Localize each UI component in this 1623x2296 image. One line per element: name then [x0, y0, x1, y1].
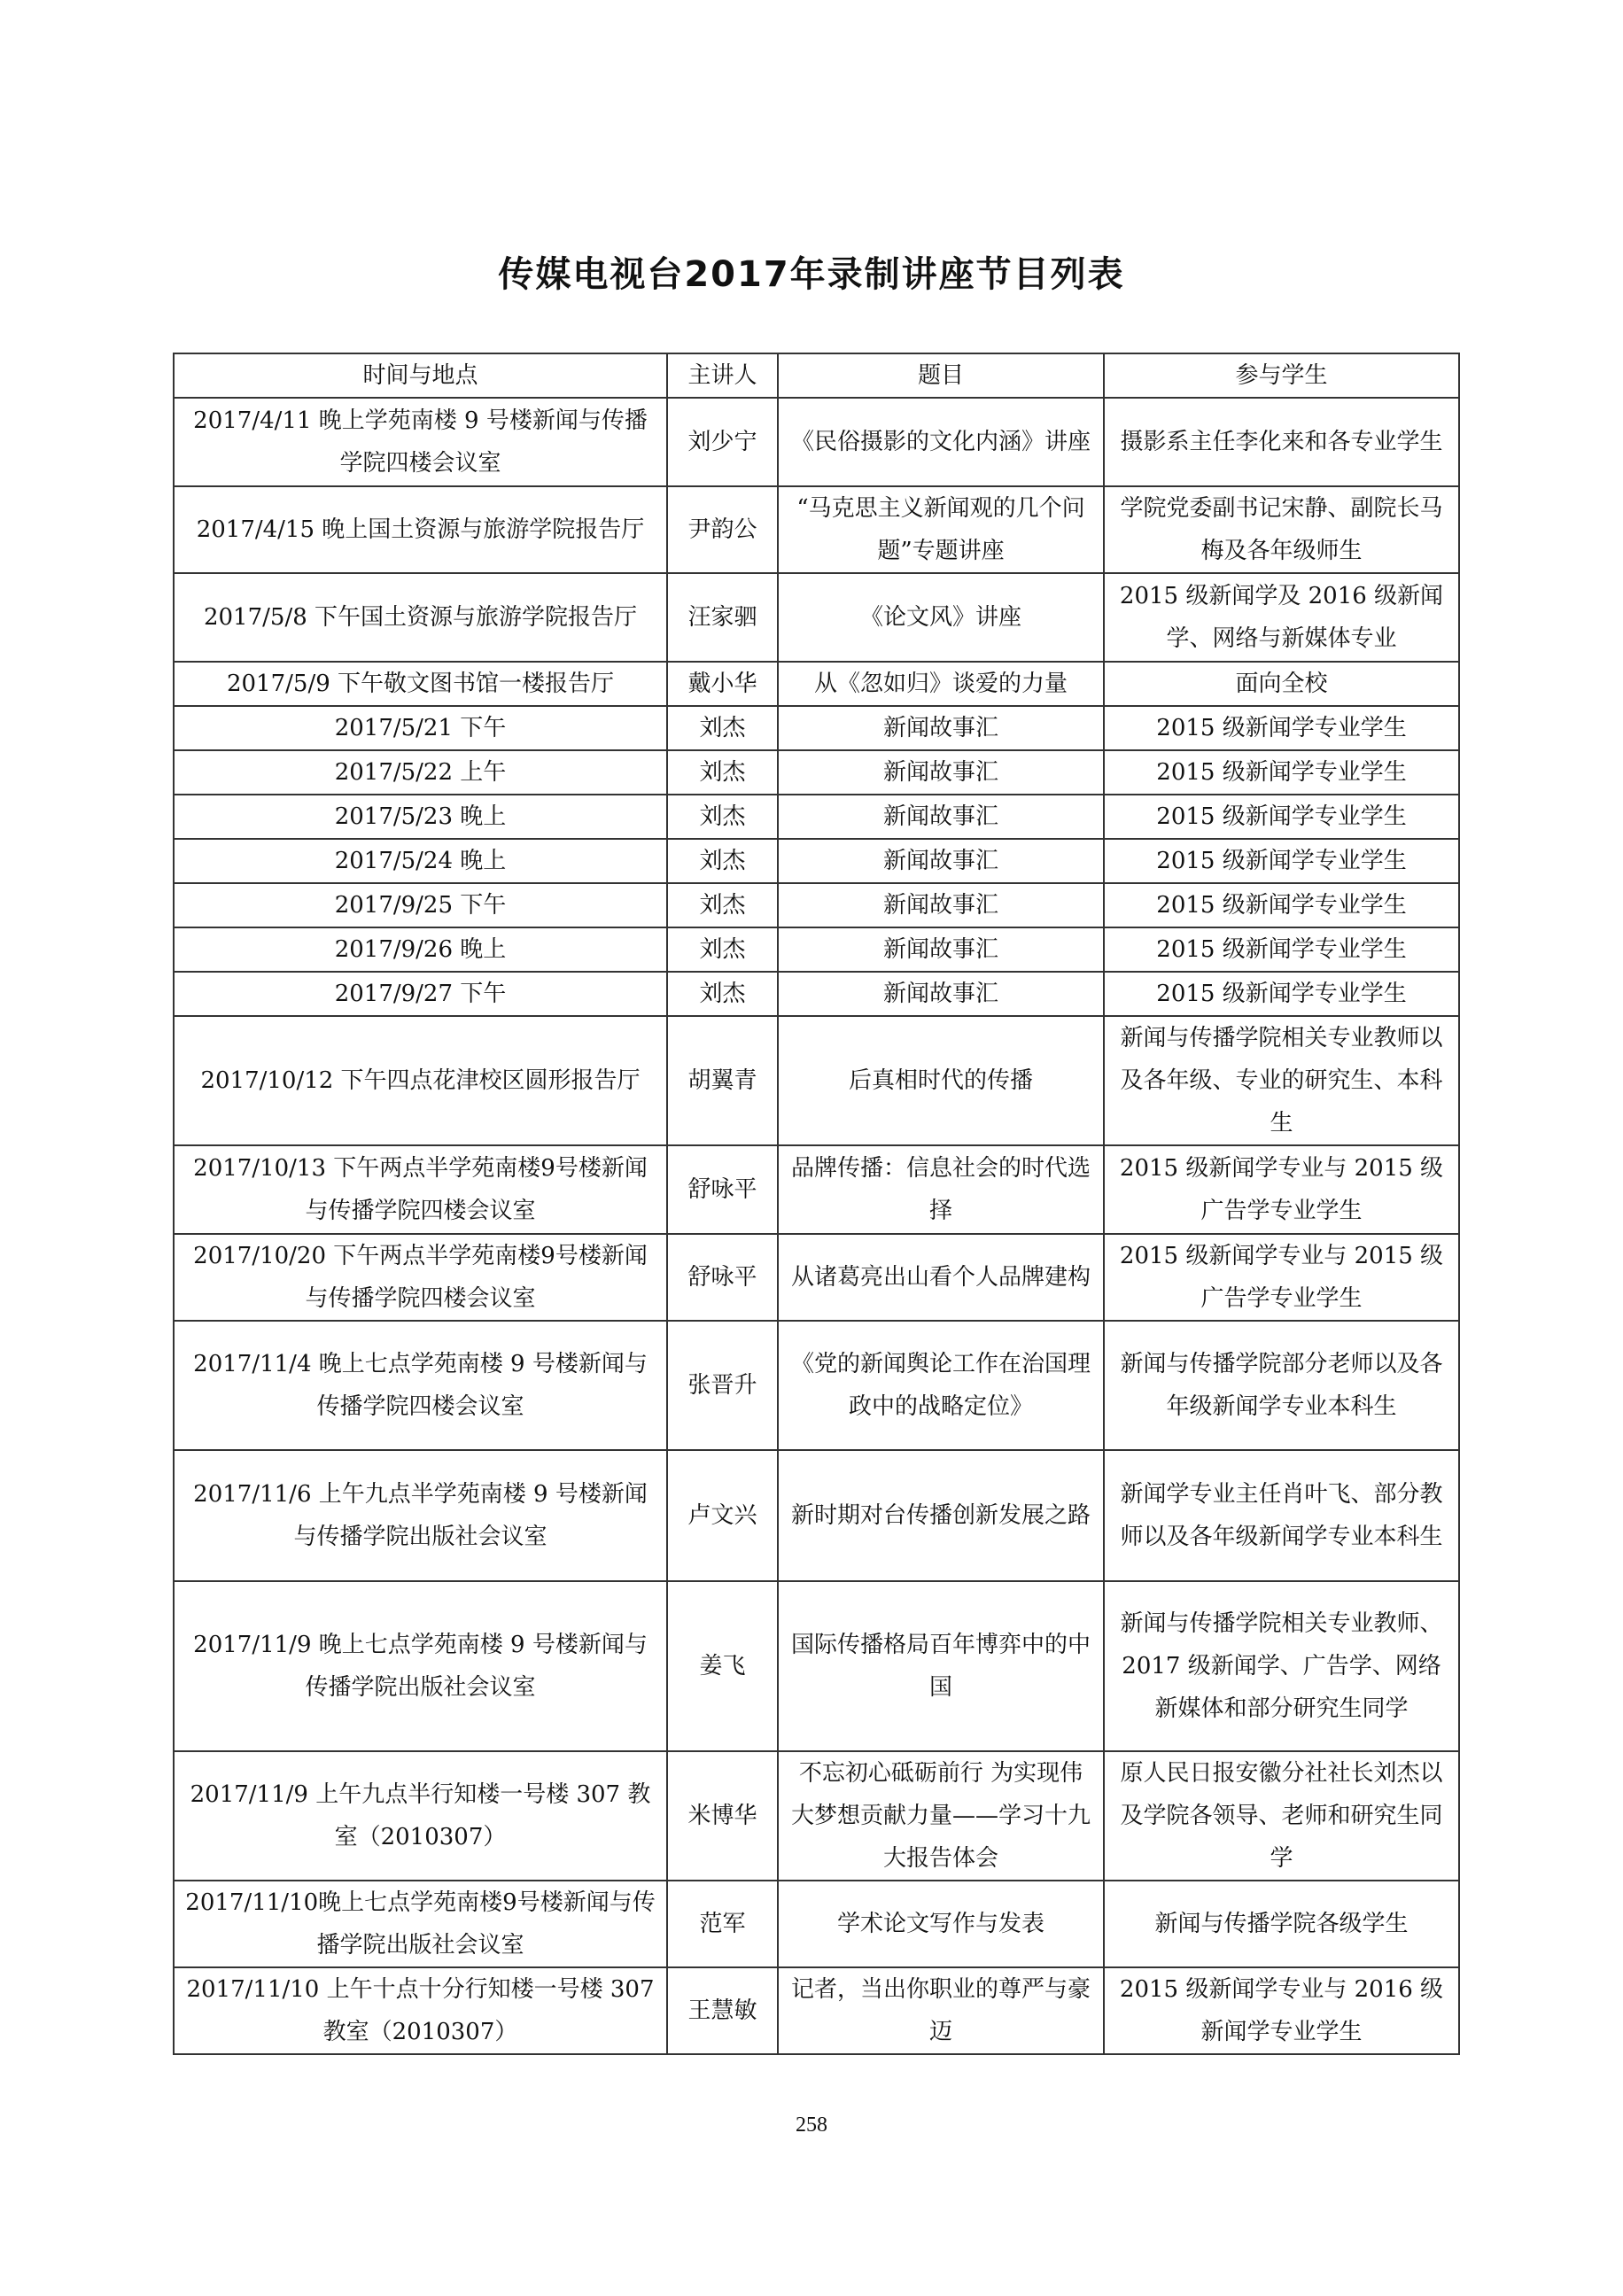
cell-speaker: 胡翼青 [667, 1016, 778, 1145]
cell-time-place: 2017/5/9 下午敬文图书馆一楼报告厅 [174, 662, 667, 706]
cell-time-place: 2017/11/4 晚上七点学苑南楼 9 号楼新闻与传播学院四楼会议室 [174, 1321, 667, 1450]
cell-speaker: 刘杰 [667, 795, 778, 839]
table-row: 2017/4/11 晚上学苑南楼 9 号楼新闻与传播学院四楼会议室刘少宁《民俗摄… [174, 398, 1459, 486]
cell-time-place: 2017/4/15 晚上国土资源与旅游学院报告厅 [174, 486, 667, 573]
cell-time-place: 2017/5/8 下午国土资源与旅游学院报告厅 [174, 573, 667, 662]
cell-time-place: 2017/11/10 上午十点十分行知楼一号楼 307 教室（2010307） [174, 1967, 667, 2054]
cell-students: 新闻与传播学院相关专业教师、2017 级新闻学、广告学、网络新媒体和部分研究生同… [1104, 1581, 1459, 1751]
table-row: 2017/11/10 上午十点十分行知楼一号楼 307 教室（2010307）王… [174, 1967, 1459, 2054]
table-row: 2017/11/4 晚上七点学苑南楼 9 号楼新闻与传播学院四楼会议室张晋升《党… [174, 1321, 1459, 1450]
cell-students: 2015 级新闻学专业学生 [1104, 795, 1459, 839]
cell-students: 2015 级新闻学专业与 2015 级广告学专业学生 [1104, 1145, 1459, 1234]
cell-topic: 《民俗摄影的文化内涵》讲座 [778, 398, 1104, 486]
cell-students: 2015 级新闻学专业学生 [1104, 750, 1459, 795]
table-row: 2017/9/26 晚上刘杰新闻故事汇2015 级新闻学专业学生 [174, 927, 1459, 972]
table-row: 2017/10/20 下午两点半学苑南楼9号楼新闻与传播学院四楼会议室舒咏平从诸… [174, 1234, 1459, 1321]
cell-time-place: 2017/10/12 下午四点花津校区圆形报告厅 [174, 1016, 667, 1145]
table-row: 2017/11/6 上午九点半学苑南楼 9 号楼新闻与传播学院出版社会议室卢文兴… [174, 1450, 1459, 1581]
cell-students: 2015 级新闻学及 2016 级新闻学、网络与新媒体专业 [1104, 573, 1459, 662]
cell-topic: 记者，当出你职业的尊严与豪迈 [778, 1967, 1104, 2054]
cell-time-place: 2017/5/21 下午 [174, 706, 667, 750]
cell-time-place: 2017/11/9 晚上七点学苑南楼 9 号楼新闻与传播学院出版社会议室 [174, 1581, 667, 1751]
cell-students: 原人民日报安徽分社社长刘杰以及学院各领导、老师和研究生同学 [1104, 1751, 1459, 1881]
cell-students: 2015 级新闻学专业学生 [1104, 927, 1459, 972]
table-header-row: 时间与地点 主讲人 题目 参与学生 [174, 353, 1459, 398]
cell-students: 新闻与传播学院部分老师以及各年级新闻学专业本科生 [1104, 1321, 1459, 1450]
cell-speaker: 尹韵公 [667, 486, 778, 573]
cell-time-place: 2017/11/9 上午九点半行知楼一号楼 307 教室（2010307） [174, 1751, 667, 1881]
cell-students: 2015 级新闻学专业学生 [1104, 839, 1459, 883]
cell-time-place: 2017/4/11 晚上学苑南楼 9 号楼新闻与传播学院四楼会议室 [174, 398, 667, 486]
cell-students: 新闻与传播学院各级学生 [1104, 1881, 1459, 1967]
cell-speaker: 姜飞 [667, 1581, 778, 1751]
cell-time-place: 2017/5/24 晚上 [174, 839, 667, 883]
cell-topic: 国际传播格局百年博弈中的中国 [778, 1581, 1104, 1751]
header-students: 参与学生 [1104, 353, 1459, 398]
cell-students: 2015 级新闻学专业与 2015 级广告学专业学生 [1104, 1234, 1459, 1321]
cell-topic: 品牌传播：信息社会的时代选择 [778, 1145, 1104, 1234]
cell-topic: 后真相时代的传播 [778, 1016, 1104, 1145]
header-time-place: 时间与地点 [174, 353, 667, 398]
table-row: 2017/4/15 晚上国土资源与旅游学院报告厅尹韵公“马克思主义新闻观的几个问… [174, 486, 1459, 573]
cell-speaker: 刘杰 [667, 706, 778, 750]
cell-speaker: 汪家驷 [667, 573, 778, 662]
cell-topic: 新闻故事汇 [778, 706, 1104, 750]
cell-topic: 从《忽如归》谈爱的力量 [778, 662, 1104, 706]
table-row: 2017/11/10晚上七点学苑南楼9号楼新闻与传播学院出版社会议室范军学术论文… [174, 1881, 1459, 1967]
cell-students: 面向全校 [1104, 662, 1459, 706]
page-title: 传媒电视台2017年录制讲座节目列表 [0, 250, 1623, 299]
cell-speaker: 刘少宁 [667, 398, 778, 486]
cell-speaker: 舒咏平 [667, 1145, 778, 1234]
table-row: 2017/9/27 下午刘杰新闻故事汇2015 级新闻学专业学生 [174, 972, 1459, 1016]
table-row: 2017/5/22 上午刘杰新闻故事汇2015 级新闻学专业学生 [174, 750, 1459, 795]
cell-students: 新闻与传播学院相关专业教师以及各年级、专业的研究生、本科生 [1104, 1016, 1459, 1145]
cell-topic: 不忘初心砥砺前行 为实现伟大梦想贡献力量——学习十九大报告体会 [778, 1751, 1104, 1881]
table-body: 2017/4/11 晚上学苑南楼 9 号楼新闻与传播学院四楼会议室刘少宁《民俗摄… [174, 398, 1459, 2054]
cell-topic: 新时期对台传播创新发展之路 [778, 1450, 1104, 1581]
table-row: 2017/5/9 下午敬文图书馆一楼报告厅戴小华从《忽如归》谈爱的力量面向全校 [174, 662, 1459, 706]
cell-speaker: 张晋升 [667, 1321, 778, 1450]
cell-topic: 新闻故事汇 [778, 839, 1104, 883]
cell-time-place: 2017/11/6 上午九点半学苑南楼 9 号楼新闻与传播学院出版社会议室 [174, 1450, 667, 1581]
cell-topic: 《论文风》讲座 [778, 573, 1104, 662]
cell-speaker: 舒咏平 [667, 1234, 778, 1321]
header-topic: 题目 [778, 353, 1104, 398]
cell-time-place: 2017/9/26 晚上 [174, 927, 667, 972]
cell-topic: 新闻故事汇 [778, 795, 1104, 839]
cell-time-place: 2017/10/13 下午两点半学苑南楼9号楼新闻与传播学院四楼会议室 [174, 1145, 667, 1234]
cell-speaker: 刘杰 [667, 927, 778, 972]
cell-students: 2015 级新闻学专业学生 [1104, 706, 1459, 750]
cell-speaker: 刘杰 [667, 972, 778, 1016]
cell-topic: “马克思主义新闻观的几个问题”专题讲座 [778, 486, 1104, 573]
cell-students: 摄影系主任李化来和各专业学生 [1104, 398, 1459, 486]
cell-time-place: 2017/9/25 下午 [174, 883, 667, 927]
table-row: 2017/10/13 下午两点半学苑南楼9号楼新闻与传播学院四楼会议室舒咏平品牌… [174, 1145, 1459, 1234]
cell-students: 2015 级新闻学专业学生 [1104, 883, 1459, 927]
cell-speaker: 卢文兴 [667, 1450, 778, 1581]
table-row: 2017/5/24 晚上刘杰新闻故事汇2015 级新闻学专业学生 [174, 839, 1459, 883]
cell-topic: 新闻故事汇 [778, 927, 1104, 972]
cell-topic: 新闻故事汇 [778, 883, 1104, 927]
table-row: 2017/10/12 下午四点花津校区圆形报告厅胡翼青后真相时代的传播新闻与传播… [174, 1016, 1459, 1145]
table-row: 2017/5/23 晚上刘杰新闻故事汇2015 级新闻学专业学生 [174, 795, 1459, 839]
table-row: 2017/9/25 下午刘杰新闻故事汇2015 级新闻学专业学生 [174, 883, 1459, 927]
cell-speaker: 王慧敏 [667, 1967, 778, 2054]
cell-speaker: 戴小华 [667, 662, 778, 706]
cell-time-place: 2017/9/27 下午 [174, 972, 667, 1016]
cell-time-place: 2017/11/10晚上七点学苑南楼9号楼新闻与传播学院出版社会议室 [174, 1881, 667, 1967]
cell-topic: 新闻故事汇 [778, 750, 1104, 795]
header-speaker: 主讲人 [667, 353, 778, 398]
cell-time-place: 2017/5/23 晚上 [174, 795, 667, 839]
cell-topic: 学术论文写作与发表 [778, 1881, 1104, 1967]
table-row: 2017/11/9 上午九点半行知楼一号楼 307 教室（2010307）米博华… [174, 1751, 1459, 1881]
cell-speaker: 米博华 [667, 1751, 778, 1881]
cell-topic: 《党的新闻舆论工作在治国理政中的战略定位》 [778, 1321, 1104, 1450]
cell-speaker: 刘杰 [667, 750, 778, 795]
cell-topic: 从诸葛亮出山看个人品牌建构 [778, 1234, 1104, 1321]
lecture-table: 时间与地点 主讲人 题目 参与学生 2017/4/11 晚上学苑南楼 9 号楼新… [173, 353, 1460, 2055]
cell-speaker: 范军 [667, 1881, 778, 1967]
cell-students: 新闻学专业主任肖叶飞、部分教师以及各年级新闻学专业本科生 [1104, 1450, 1459, 1581]
cell-topic: 新闻故事汇 [778, 972, 1104, 1016]
table-row: 2017/5/8 下午国土资源与旅游学院报告厅汪家驷《论文风》讲座2015 级新… [174, 573, 1459, 662]
cell-students: 学院党委副书记宋静、副院长马梅及各年级师生 [1104, 486, 1459, 573]
cell-time-place: 2017/10/20 下午两点半学苑南楼9号楼新闻与传播学院四楼会议室 [174, 1234, 667, 1321]
table-row: 2017/11/9 晚上七点学苑南楼 9 号楼新闻与传播学院出版社会议室姜飞国际… [174, 1581, 1459, 1751]
table-row: 2017/5/21 下午刘杰新闻故事汇2015 级新闻学专业学生 [174, 706, 1459, 750]
page-number: 258 [0, 2114, 1623, 2137]
cell-time-place: 2017/5/22 上午 [174, 750, 667, 795]
cell-students: 2015 级新闻学专业学生 [1104, 972, 1459, 1016]
cell-students: 2015 级新闻学专业与 2016 级新闻学专业学生 [1104, 1967, 1459, 2054]
cell-speaker: 刘杰 [667, 883, 778, 927]
cell-speaker: 刘杰 [667, 839, 778, 883]
